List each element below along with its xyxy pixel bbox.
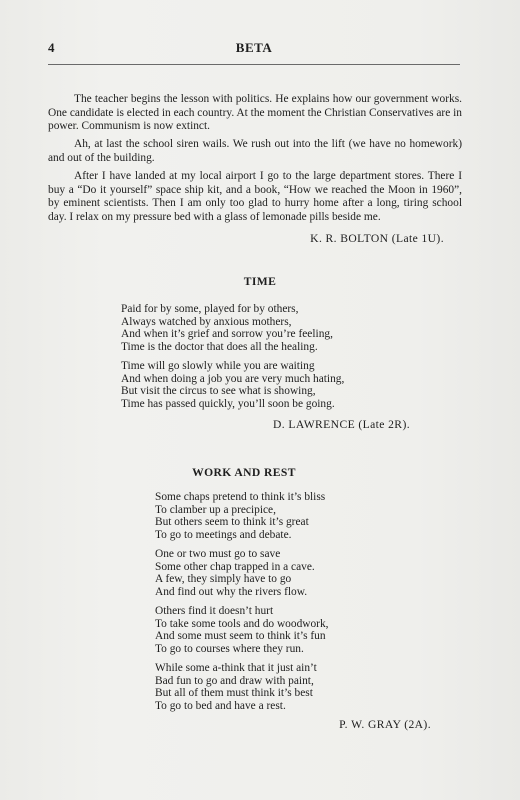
stanza: One or two must go to save Some other ch… <box>155 548 329 598</box>
verse-line: Some chaps pretend to think it’s bliss <box>155 491 329 504</box>
article-body: The teacher begins the lesson with polit… <box>48 93 462 229</box>
stanza: Time will go slowly while you are waitin… <box>121 360 344 410</box>
verse-line: And when it’s grief and sorrow you’re fe… <box>121 328 344 341</box>
verse-line: Always watched by anxious mothers, <box>121 316 344 329</box>
verse-line: To clamber up a precipice, <box>155 504 329 517</box>
poem-work-and-rest: Some chaps pretend to think it’s bliss T… <box>155 491 329 719</box>
header-rule <box>48 64 460 65</box>
article-paragraph: After I have landed at my local airport … <box>48 170 462 224</box>
poem-work-and-rest-author: P. W. GRAY (2A). <box>48 718 431 731</box>
verse-line: And when doing a job you are very much h… <box>121 373 344 386</box>
verse-line: To take some tools and do woodwork, <box>155 618 329 631</box>
poem-title-work-and-rest: WORK AND REST <box>0 466 504 479</box>
verse-line: One or two must go to save <box>155 548 329 561</box>
verse-line: Some other chap trapped in a cave. <box>155 561 329 574</box>
poem-time-author: D. LAWRENCE (Late 2R). <box>48 418 410 431</box>
stanza: Others find it doesn’t hurt To take some… <box>155 605 329 655</box>
verse-line: Time has passed quickly, you’ll soon be … <box>121 398 344 411</box>
article-author: K. R. BOLTON (Late 1U). <box>48 232 444 245</box>
verse-line: Others find it doesn’t hurt <box>155 605 329 618</box>
verse-line: But visit the circus to see what is show… <box>121 385 344 398</box>
stanza: Some chaps pretend to think it’s bliss T… <box>155 491 329 541</box>
verse-line: A few, they simply have to go <box>155 573 329 586</box>
verse-line: Paid for by some, played for by others, <box>121 303 344 316</box>
page-header: 4 BETA <box>48 38 460 60</box>
verse-line: And some must seem to think it’s fun <box>155 630 329 643</box>
document-page: 4 BETA The teacher begins the lesson wit… <box>0 0 520 800</box>
stanza: Paid for by some, played for by others, … <box>121 303 344 353</box>
running-title: BETA <box>48 40 460 56</box>
verse-line: And find out why the rivers flow. <box>155 586 329 599</box>
poem-time: Paid for by some, played for by others, … <box>121 303 344 417</box>
verse-line: To go to bed and have a rest. <box>155 700 329 713</box>
stanza: While some a-think that it just ain’t Ba… <box>155 662 329 712</box>
verse-line: But all of them must think it’s best <box>155 687 329 700</box>
verse-line: To go to meetings and debate. <box>155 529 329 542</box>
verse-line: While some a-think that it just ain’t <box>155 662 329 675</box>
poem-title-time: TIME <box>0 275 520 288</box>
verse-line: But others seem to think it’s great <box>155 516 329 529</box>
verse-line: Time will go slowly while you are waitin… <box>121 360 344 373</box>
article-paragraph: The teacher begins the lesson with polit… <box>48 93 462 134</box>
verse-line: To go to courses where they run. <box>155 643 329 656</box>
verse-line: Time is the doctor that does all the hea… <box>121 341 344 354</box>
verse-line: Bad fun to go and draw with paint, <box>155 675 329 688</box>
article-paragraph: Ah, at last the school siren wails. We r… <box>48 138 462 165</box>
